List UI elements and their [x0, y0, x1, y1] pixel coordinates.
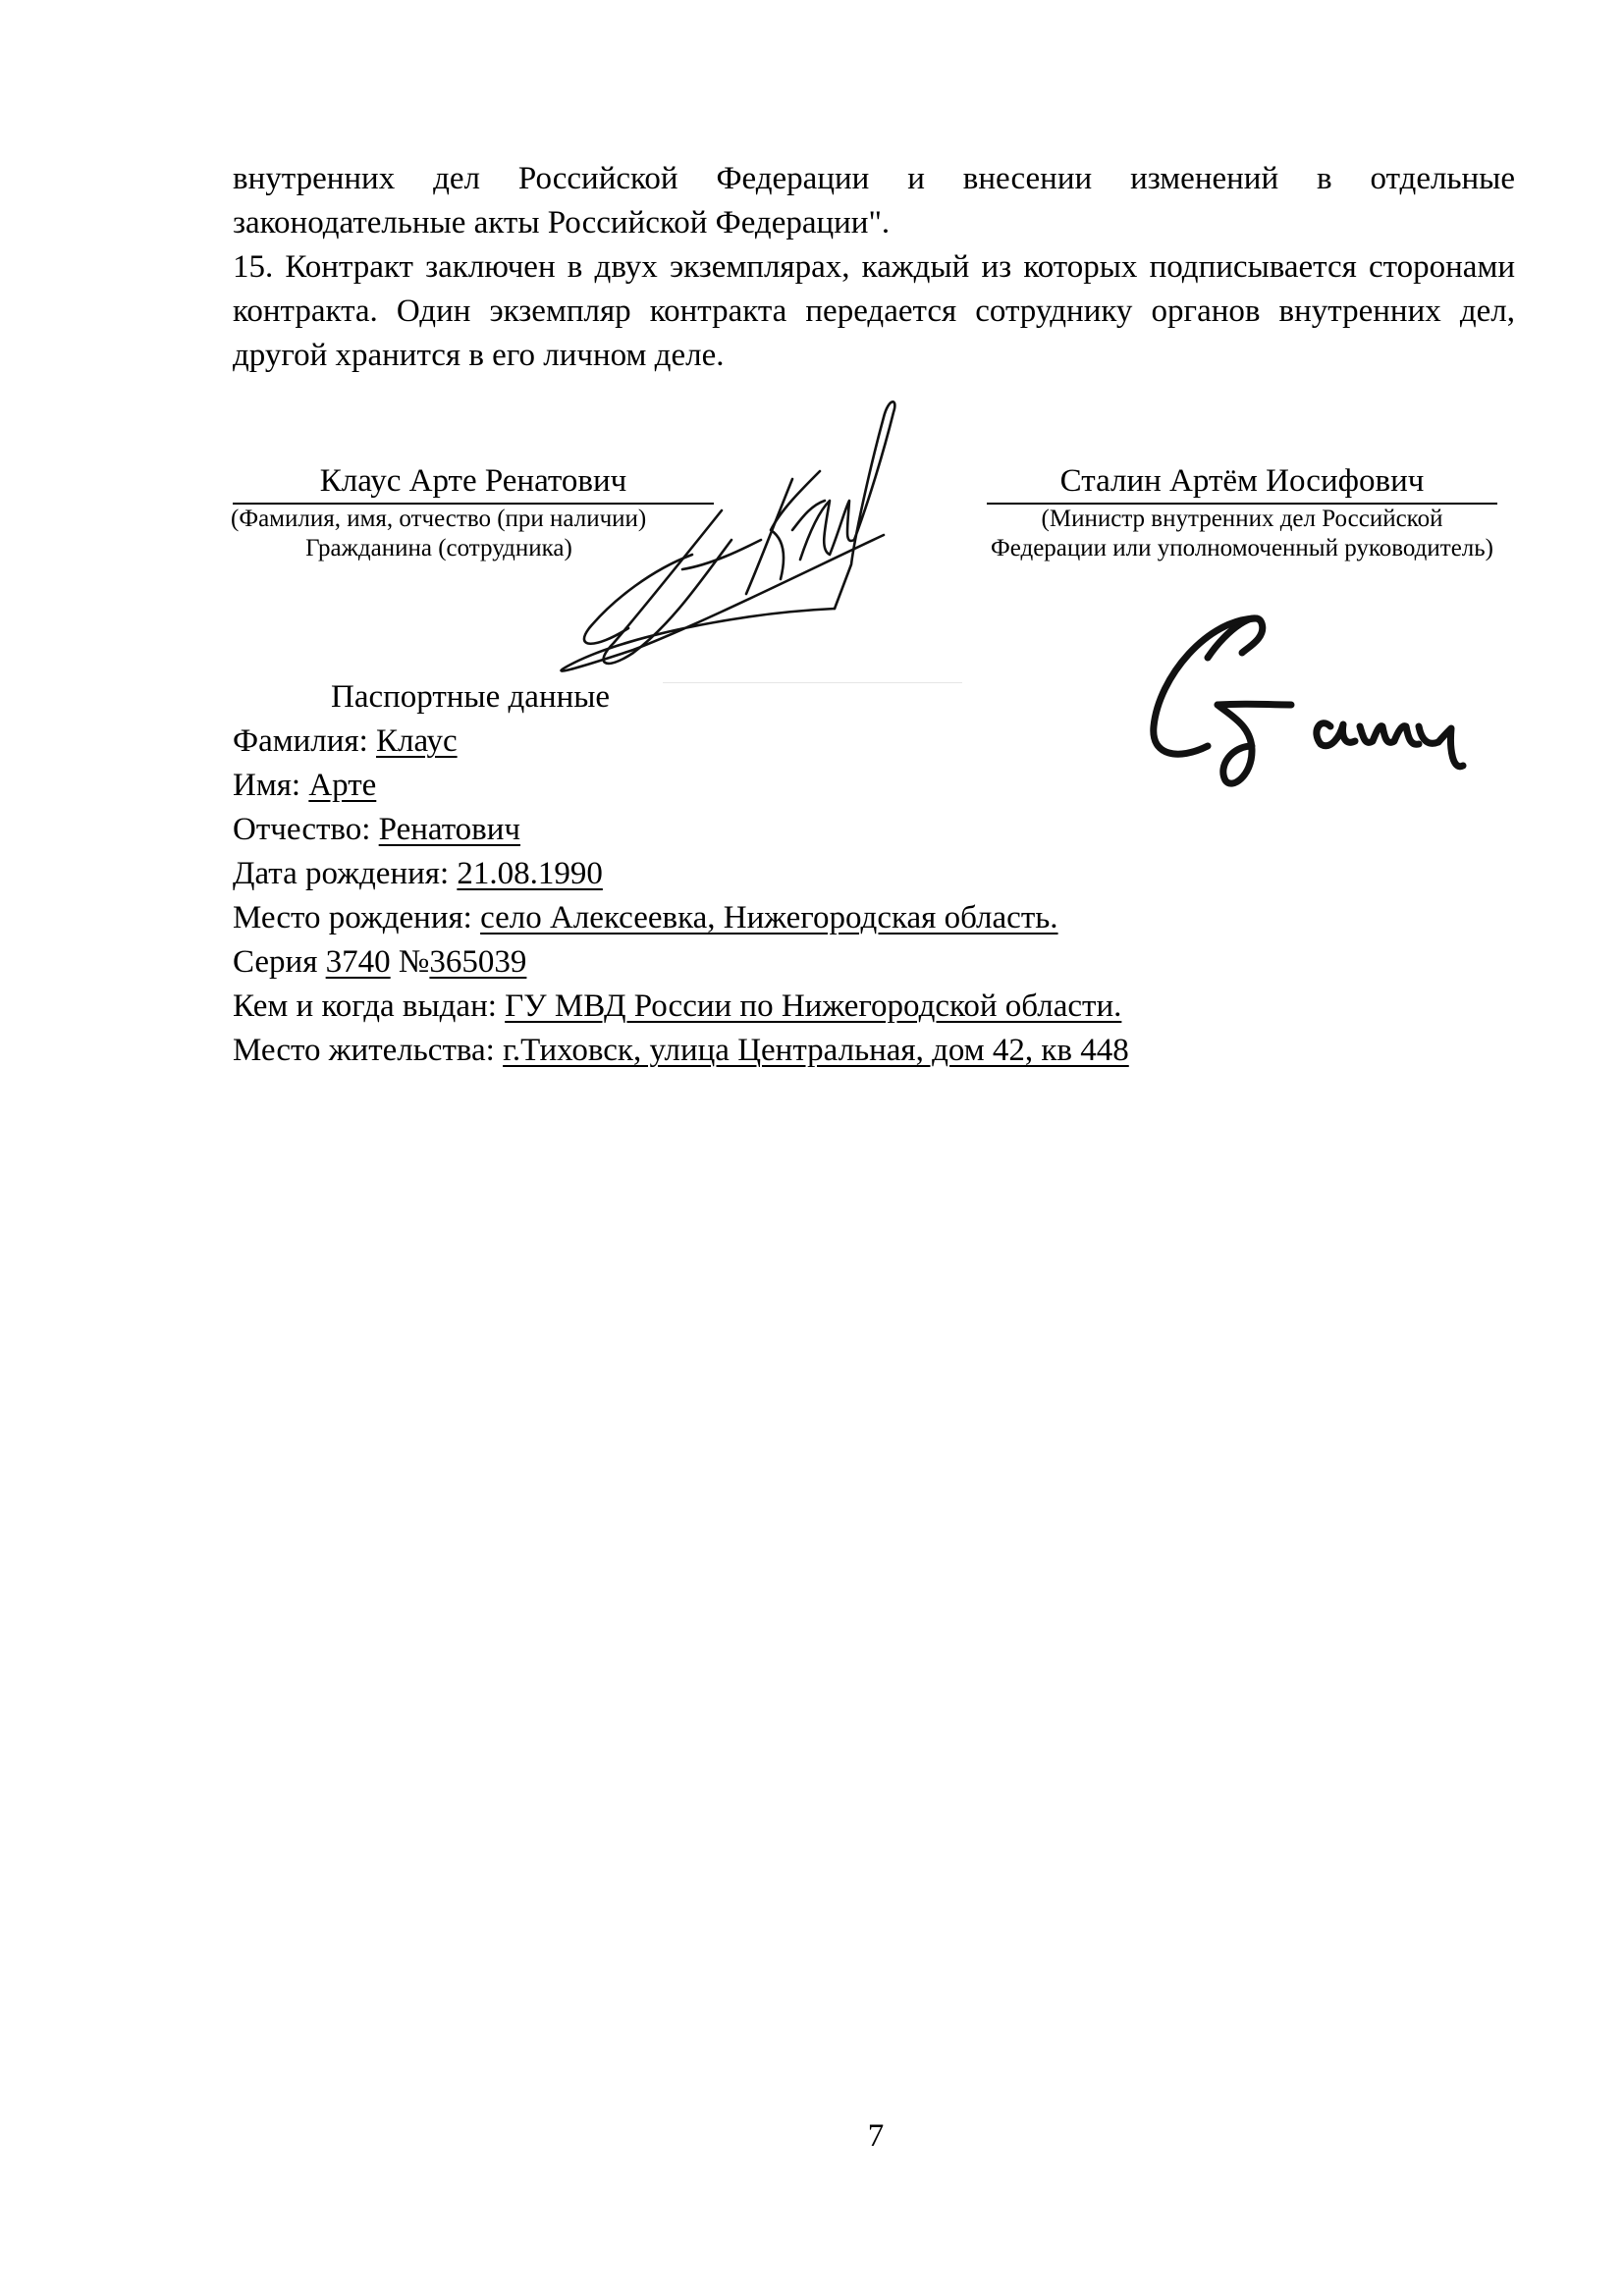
field-value: г.Тиховск, улица Центральная, дом 42, кв… — [503, 1033, 1129, 1068]
field-label: Фамилия: — [233, 723, 376, 759]
field-label: Место жительства: — [233, 1033, 503, 1068]
field-value: Ренатович — [379, 812, 520, 847]
page-number: 7 — [0, 2118, 1624, 2155]
field-label: Отчество: — [233, 812, 379, 847]
field-label: Дата рождения: — [233, 856, 457, 891]
employee-signature-block: Клаус Арте Ренатович (Фамилия, имя, отче… — [233, 459, 714, 563]
passport-field-birthdate: Дата рождения: 21.08.1990 — [233, 852, 1129, 896]
passport-field-patronymic: Отчество: Ренатович — [233, 808, 1129, 852]
field-value: ГУ МВД России по Нижегородской области. — [505, 988, 1121, 1024]
stalin-signature-icon — [1119, 589, 1542, 805]
passport-field-birthplace: Место рождения: село Алексеевка, Нижегор… — [233, 896, 1129, 940]
number-label: № — [391, 944, 430, 980]
series-label: Серия — [233, 944, 326, 980]
number-value: 365039 — [429, 944, 526, 980]
employee-caption-line1: (Фамилия, имя, отчество (при наличии) — [231, 505, 714, 534]
contract-body-text: внутренних дел Российской Федерации и вн… — [233, 157, 1515, 378]
paragraph-continuation: внутренних дел Российской Федерации и вн… — [233, 157, 1515, 245]
document-page: внутренних дел Российской Федерации и вн… — [0, 0, 1624, 2296]
passport-field-residence: Место жительства: г.Тиховск, улица Центр… — [233, 1029, 1129, 1073]
series-value: 3740 — [326, 944, 391, 980]
field-label: Место рождения: — [233, 900, 480, 935]
employee-name: Клаус Арте Ренатович — [233, 459, 714, 505]
field-label: Имя: — [233, 768, 308, 803]
field-label: Кем и когда выдан: — [233, 988, 505, 1024]
passport-title: Паспортные данные — [233, 675, 1129, 720]
minister-signature-block: Сталин Артём Иосифович (Министр внутренн… — [967, 459, 1517, 563]
field-value: село Алексеевка, Нижегородская область. — [480, 900, 1057, 935]
minister-caption-line2: Федерации или уполномоченный руководител… — [967, 534, 1517, 563]
minister-caption-line1: (Министр внутренних дел Российской — [967, 505, 1517, 534]
paragraph-15: 15. Контракт заключен в двух экземплярах… — [233, 245, 1515, 378]
passport-field-issued-by: Кем и когда выдан: ГУ МВД России по Ниже… — [233, 985, 1129, 1029]
field-value: Клаус — [376, 723, 458, 759]
field-value: 21.08.1990 — [457, 856, 603, 891]
field-value: Арте — [308, 768, 376, 803]
passport-field-surname: Фамилия: Клаус — [233, 720, 1129, 764]
minister-name: Сталин Артём Иосифович — [987, 459, 1497, 505]
passport-data-section: Паспортные данные Фамилия: Клаус Имя: Ар… — [233, 675, 1129, 1073]
passport-field-name: Имя: Арте — [233, 764, 1129, 808]
employee-caption-line2: Гражданина (сотрудника) — [233, 534, 714, 563]
passport-field-series-number: Серия 3740 №365039 — [233, 940, 1129, 985]
